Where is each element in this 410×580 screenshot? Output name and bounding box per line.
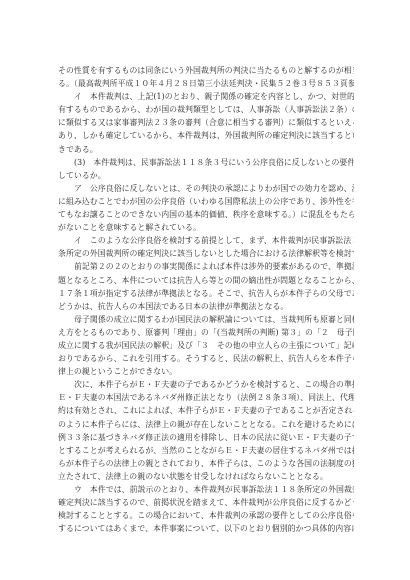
text-line: おりであるから、これを引用する。そうすると、民法の解釈上、抗告人らを本件子らの法 — [58, 352, 354, 365]
text-line: １７条１項が指定する法律が準拠法となる。そこで、抗告人らが本件子らの父母であるか — [58, 287, 354, 300]
text-line: る。（最高裁判所平成１０年４月２８日第三小法廷判決・民集５２巻３号８５３頁参照） — [58, 77, 354, 90]
text-line: 次に、本件子らがＥ・Ｆ夫妻の子であるかどうかを検討すると、この場合の準拠法は、 — [58, 378, 354, 391]
text-line: らが本件子らの法律上の親とされており、本件子らは、このような各国の法制度の狭間に — [58, 457, 354, 470]
text-line: イ このような公序良俗を検討する前提として、まず、本件裁判が民事訴訟法１１８ — [58, 234, 354, 247]
text-line: に組み込むことでわが国の公序良俗（いわゆる国際私法上の公序であり、渉外性を考慮し — [58, 195, 354, 208]
text-line: (3) 本件裁判は、民事訴訟法１１８条３号にいう公序良俗に反しないとの要件を具備 — [58, 156, 354, 169]
text-line: え方をとるものであり、原審判「理由」の「(当裁判所の判断) 第３」の「２ 母子関… — [58, 326, 354, 339]
text-line: 母子関係の成立に関するわが国民法の解釈論については、当裁判所も原審と同様の考 — [58, 313, 354, 326]
text-line: 前記第２の２のとおりの事実関係によれば本件は渉外的要素があるので、準拠法が問 — [58, 260, 354, 273]
text-line: 条所定の外国裁判所の確定判決に該当しないとした場合における法律解釈等を検討する。 — [58, 247, 354, 260]
text-line: がないことを意味すると解されている。 — [58, 221, 354, 234]
text-line: その性質を有するものは同条にいう外国裁判所の判決に当たるものと解するのが相当であ — [58, 64, 354, 77]
text-line: ウ 本件では、前説示のとおり、本件裁判が民事訴訟法１１８条所定の外国裁判所の — [58, 483, 354, 496]
text-line: とすることが考えられるが、当然のことながらＥ・Ｆ夫妻の居住するネバダ州では抗告人 — [58, 444, 354, 457]
text-line: あり、しかも確定しているから、本件裁判は、外国裁判所の確定判決に該当するというべ — [58, 129, 354, 142]
text-line: 律上の親ということができない。 — [58, 365, 354, 378]
document-page: その性質を有するものは同条にいう外国裁判所の判決に当たるものと解するのが相当であ… — [0, 0, 410, 580]
text-line: どうかは、抗告人らの本国法である日本の法律が準拠法となる。 — [58, 300, 354, 313]
text-line: イ 本件裁判は、上記(1)のとおり、親子関係の確定を内容とし、かつ、対世的効力を — [58, 90, 354, 103]
text-line: 題となるところ、本件については抗告人ら等との間の嫡出性が問題となることから、法例 — [58, 274, 354, 287]
text-line: 例３３条に基づきネバダ修正法の適用を排除し、日本の民法に従いＥ・Ｆ夫妻の子である — [58, 431, 354, 444]
text-line: きである。 — [58, 143, 354, 156]
text-line: しているか。 — [58, 169, 354, 182]
text-line: 有するものであるから、わが国の裁判類型としては、人事訴訟（人事訴訟法２条）の判決 — [58, 103, 354, 116]
text-line: 立たされて、法律上の親のない状態を甘受しなければならないこととなる。 — [58, 470, 354, 483]
text-line: のように本件子らには、法律上の親が存在しないこととなる。これを避けるためには、法 — [58, 418, 354, 431]
document-body: その性質を有するものは同条にいう外国裁判所の判決に当たるものと解するのが相当であ… — [58, 64, 354, 535]
text-line: 確定判決に該当するので、前掲状況を踏まえて、本件裁判が公序良俗に反するかどうかを — [58, 496, 354, 509]
text-line: するについてはあくまで、本件事案について、以下のとおり個別的かつ具体的内容に即し — [58, 522, 354, 535]
text-line: てもなお譲ることのできない内国の基本的価値、秩序を意味する。）に混乱をもたらすこ… — [58, 208, 354, 221]
text-line: 約は有効とされ、これによれば、本件子らがＥ・Ｆ夫妻の子であることが否定される。こ — [58, 404, 354, 417]
text-line: 成立に関する我が国民法の解釈」及び「３ その他の申立人らの主張について」記載のと — [58, 339, 354, 352]
text-line: に類似する又は家事審判法２３条の審判（合意に相当する審判）に類似するといえるので — [58, 116, 354, 129]
text-line: 検討することとする。この場合において、本件裁判の承認の要件としての公序良俗を判断 — [58, 509, 354, 522]
text-line: ア 公序良俗に反しないとは、その判決の承認によりわが国での効力を認め、法秩序 — [58, 182, 354, 195]
text-line: Ｅ・Ｆ夫妻の本国法であるネバダ州修正法となり（法例２８条３項）、同法上、代理出産… — [58, 391, 354, 404]
